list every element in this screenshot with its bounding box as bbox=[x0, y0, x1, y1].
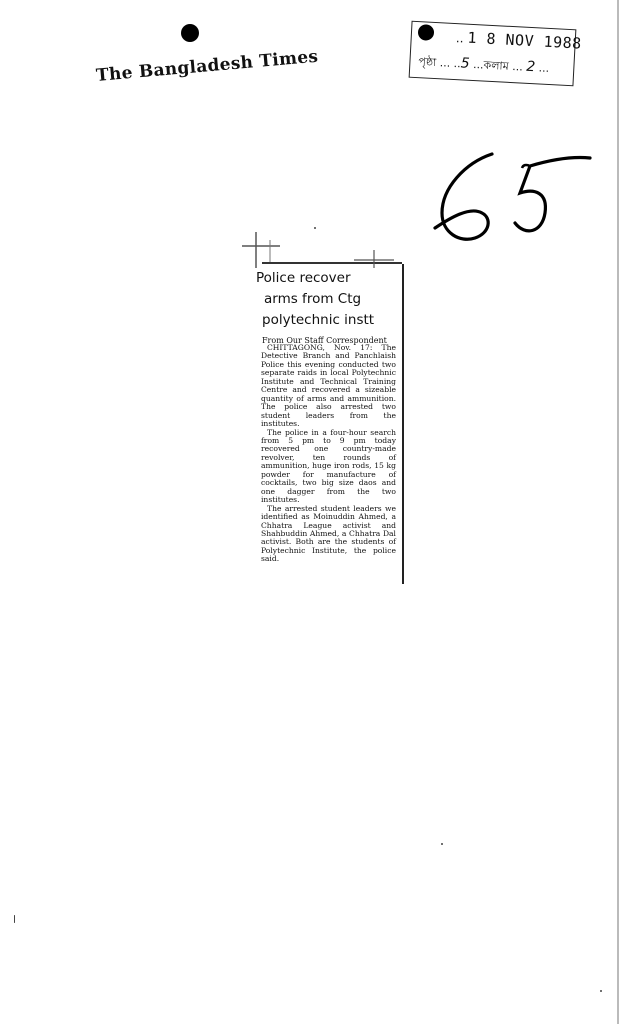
newspaper-masthead: The Bangladesh Times bbox=[95, 47, 319, 86]
article-headline: Police recover arms from Ctg polytechnic… bbox=[256, 268, 374, 331]
scan-speck bbox=[314, 227, 316, 229]
news-clipping: Police recover arms from Ctg polytechnic… bbox=[244, 262, 402, 594]
stamp-page-value: 5 bbox=[460, 55, 470, 71]
scan-edge bbox=[617, 0, 619, 1024]
article-body: CHITTAGONG, Nov. 17: The Detective Branc… bbox=[261, 344, 396, 564]
headline-line: arms from Ctg bbox=[256, 289, 374, 310]
stamp-date: 1 8 NOV 1988 bbox=[467, 29, 582, 53]
scan-speck bbox=[14, 915, 15, 923]
crop-mark-icon bbox=[352, 248, 397, 270]
crop-mark-icon bbox=[240, 230, 300, 270]
headline-line: Police recover bbox=[256, 268, 374, 289]
stamp-date-row: তারিখ .. 1 8 NOV 1988 bbox=[421, 26, 582, 56]
handwritten-number-65 bbox=[430, 148, 600, 248]
headline-line: polytechnic instt bbox=[256, 310, 374, 331]
article-paragraph: The arrested student leaders we identifi… bbox=[261, 505, 396, 564]
article-paragraph: CHITTAGONG, Nov. 17: The Detective Branc… bbox=[261, 344, 396, 429]
stamp-column-label: কলাম bbox=[483, 59, 509, 73]
stamp-page-row: পৃষ্ঠা ... ..5 ...কলাম ... 2 ... bbox=[418, 53, 550, 79]
scan-speck bbox=[600, 990, 602, 992]
article-paragraph: The police in a four-hour search from 5 … bbox=[261, 429, 396, 505]
stamp-page-label: পৃষ্ঠা bbox=[418, 55, 436, 69]
punch-hole bbox=[181, 24, 199, 42]
archive-date-stamp: তারিখ .. 1 8 NOV 1988 পৃষ্ঠা ... ..5 ...… bbox=[409, 21, 577, 87]
scan-speck bbox=[441, 843, 443, 845]
clip-border bbox=[402, 264, 404, 584]
